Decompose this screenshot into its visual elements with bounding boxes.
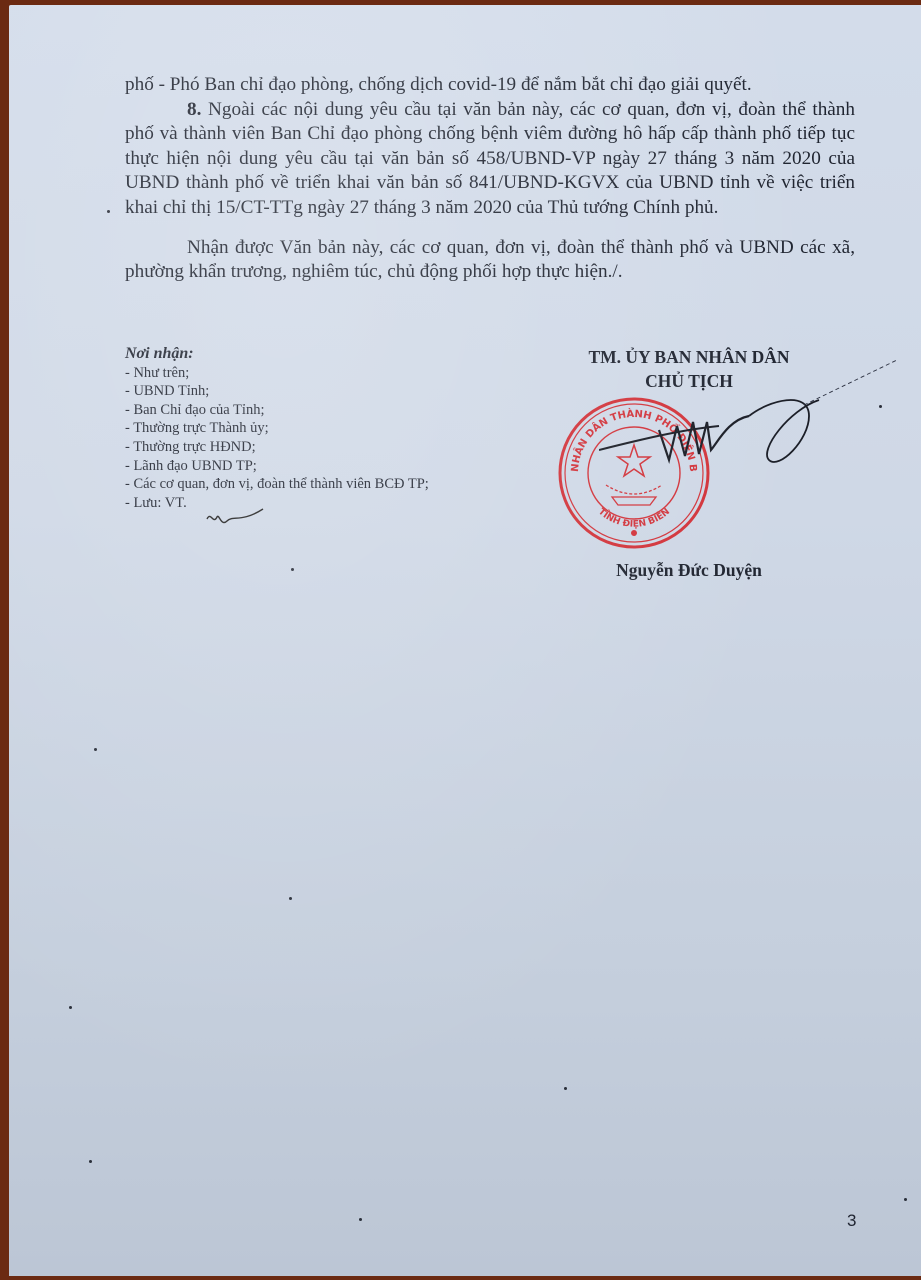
continuation-paragraph: phố - Phó Ban chỉ đạo phòng, chống dịch …	[125, 73, 855, 98]
recipients-list: Nơi nhận: - Như trên;- UBND Tỉnh;- Ban C…	[125, 345, 545, 512]
page-number: 3	[847, 1211, 856, 1231]
item-number: 8.	[187, 99, 201, 120]
recipient-item: - Như trên;	[125, 364, 545, 383]
signer-name: Nguyễn Đức Duyện	[569, 560, 809, 581]
speck	[879, 405, 882, 408]
initials-mark	[205, 505, 265, 533]
handwritten-signature	[599, 360, 899, 490]
speck	[359, 1218, 362, 1221]
recipient-item: - Các cơ quan, đơn vị, đoàn thể thành vi…	[125, 475, 545, 494]
speck	[564, 1087, 567, 1090]
closing-paragraph: Nhận được Văn bản này, các cơ quan, đơn …	[125, 236, 855, 285]
recipients-items: - Như trên;- UBND Tỉnh;- Ban Chỉ đạo của…	[125, 364, 545, 513]
recipient-item: - Lãnh đạo UBND TP;	[125, 457, 545, 476]
document-page: phố - Phó Ban chỉ đạo phòng, chống dịch …	[9, 5, 921, 1276]
recipient-item: - UBND Tỉnh;	[125, 382, 545, 401]
recipient-item: - Thường trực HĐND;	[125, 438, 545, 457]
item-8-text: Ngoài các nội dung yêu cầu tại văn bản n…	[125, 99, 855, 218]
recipients-heading: Nơi nhận:	[125, 345, 545, 364]
recipient-item: - Ban Chỉ đạo của Tỉnh;	[125, 401, 545, 420]
speck	[289, 897, 292, 900]
speck	[904, 1198, 907, 1201]
speck	[94, 748, 97, 751]
speck	[107, 210, 110, 213]
speck	[89, 1160, 92, 1163]
speck	[291, 568, 294, 571]
document-body: phố - Phó Ban chỉ đạo phòng, chống dịch …	[125, 73, 855, 285]
recipient-item: - Thường trực Thành ủy;	[125, 419, 545, 438]
item-8-paragraph: 8. Ngoài các nội dung yêu cầu tại văn bả…	[125, 98, 855, 221]
recipient-item: - Lưu: VT.	[125, 494, 545, 513]
speck	[69, 1006, 72, 1009]
